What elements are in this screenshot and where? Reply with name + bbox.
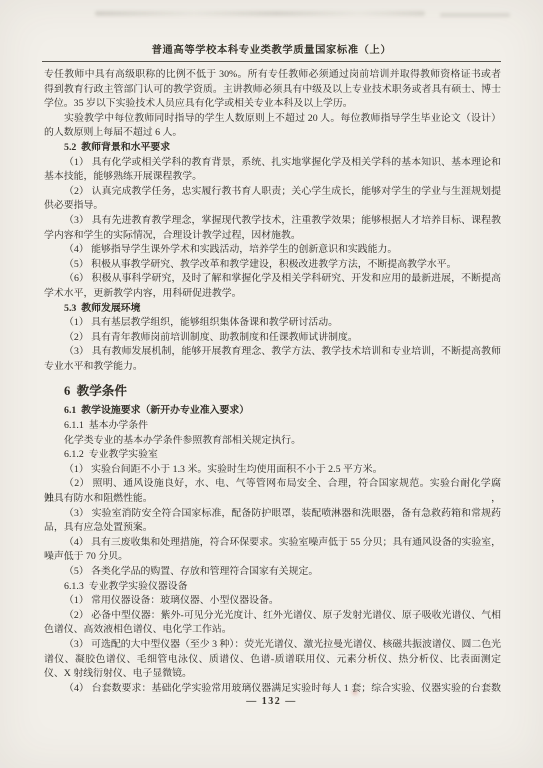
- text-line: （6） 积极从事科学研究，及时了解和掌握化学及相关学科研究、开发和应用的最新进展…: [44, 272, 501, 287]
- text-line: 仪、X 射线衍射仪、电子显微镜。: [44, 667, 501, 682]
- text-line: 品，具有应急处置预案。: [44, 521, 501, 536]
- text-line: 基本技能，能够熟练开展课程教学。: [44, 170, 501, 185]
- text-line: 学术水平，更新教学内容，用科研促进教学。: [44, 287, 501, 302]
- text-line: （2） 认真完成教学任务，忠实履行教书育人职责；关心学生成长，能够对学生的学业与…: [44, 185, 501, 200]
- text-line: 噪声低于 70 分贝。: [44, 550, 501, 565]
- text-line: （4） 台套数要求：基础化学实验常用玻璃仪器满足实验时每人 1 套；综合实验、仪…: [44, 682, 501, 697]
- text-line: 谱仪、凝胶色谱仪、毛细管电泳仪、质谱仪、色谱-质谱联用仪、元素分析仪、热分析仪、…: [44, 653, 501, 668]
- text-line: （5） 各类化学品的购置、存放和管理符合国家有关规定。: [44, 565, 501, 580]
- text-line: 专业水平和教学能力。: [44, 360, 501, 375]
- text-line: （2） 具有青年教师岗前培训制度、助教制度和任课教师试讲制度。: [44, 331, 501, 346]
- scan-artifact: [440, 13, 510, 17]
- text-line: （3） 具有教师发展机制，能够开展教育理念、教学方法、教学技术培训和专业培训，不…: [44, 345, 501, 360]
- text-line: （4） 能够指导学生课外学术和实践活动，培养学生的创新意识和实践能力。: [44, 243, 501, 258]
- text-line: 供必要指导。: [44, 199, 501, 214]
- text-line: （1） 实验台间距不小于 1.3 米。实验时生均使用面积不小于 2.5 平方米。: [44, 463, 501, 478]
- text-line: （1） 常用仪器设备：玻璃仪器、小型仪器设备。: [44, 594, 501, 609]
- document-page: 普通高等学校本科专业类教学质量国家标准（上） 专任教师中具有高级职称的比例不低于…: [0, 0, 543, 768]
- scan-artifact: [95, 11, 425, 16]
- text-line: 学位。35 岁以下实验技术人员应具有化学或相关专业本科及以上学历。: [44, 97, 501, 112]
- text-line: 6.1.1 基本办学条件: [44, 419, 501, 434]
- text-line: 的人数原则上每届不超过 6 人。: [44, 126, 501, 141]
- text-line: 专任教师中具有高级职称的比例不低于 30%。所有专任教师必须通过岗前培训并取得教…: [44, 68, 501, 83]
- text-line: （2） 照明、通风设施良好，水、电、气等管网布局安全、合理，符合国家规范。实验台…: [44, 477, 501, 492]
- text-line: 学内容和学生的实际情况，合理设计教学过程，因材施教。: [44, 229, 501, 244]
- text-line: 6.1.3 专业教学实验仪器设备: [44, 580, 501, 595]
- text-line: （1） 具有基层教学组织，能够组织集体备课和教学研讨活动。: [44, 316, 501, 331]
- text-line: （2） 必备中型仪器：紫外-可见分光光度计、红外光谱仪、原子发射光谱仪、原子吸收…: [44, 609, 501, 624]
- text-line: 化学类专业的基本办学条件参照教育部相关规定执行。: [44, 434, 501, 449]
- section-heading: 6.1 教学设施要求（新开办专业准入要求）: [44, 404, 501, 419]
- text-line: （3） 具有先进教育教学理念，掌握现代教学技术，注重教学效果；能够根据人才培养目…: [44, 214, 501, 229]
- text-line: （4） 具有三废收集和处理措施，符合环保要求。实验室噪声低于 55 分贝；具有通…: [44, 536, 501, 551]
- text-line: （3） 可选配的大中型仪器（至少 3 种）：荧光光谱仪、激光拉曼光谱仪、核磁共振…: [44, 638, 501, 653]
- text-line: 实验教学中每位教师同时指导的学生人数原则上不超过 20 人。每位教师指导学生毕业…: [44, 112, 501, 127]
- text-line: 色谱仪、高效液相色谱仪、电化学工作站。: [44, 623, 501, 638]
- content: 专任教师中具有高级职称的比例不低于 30%。所有专任教师必须通过岗前培训并取得教…: [44, 68, 501, 696]
- section-heading: 5.3 教师发展环境: [44, 302, 501, 317]
- text-line: （5） 积极从事教学研究、教学改革和教学建设，积极改进教学方法，不断提高教学水平…: [44, 258, 501, 273]
- text-line: 得到教育行政主管部门认可的教学资质。主讲教师必须具有中级及以上专业技术职务或者具…: [44, 83, 501, 98]
- section-heading: 6 教学条件: [44, 383, 501, 399]
- text-line: （3） 实验室消防安全符合国家标准，配备防护眼罩，装配喷淋器和洗眼器，备有急救药…: [44, 507, 501, 522]
- page-header-title: 普通高等学校本科专业类教学质量国家标准（上）: [0, 41, 543, 56]
- footer-page-number: — 132 —: [0, 696, 543, 707]
- section-heading: 5.2 教师背景和水平要求: [44, 141, 501, 156]
- header-rule: [42, 61, 501, 62]
- text-line: （1） 具有化学或相关学科的教育背景，系统、扎实地掌握化学及相关学科的基本知识、…: [44, 156, 501, 171]
- text-line: 6.1.2 专业教学实验室: [44, 448, 501, 463]
